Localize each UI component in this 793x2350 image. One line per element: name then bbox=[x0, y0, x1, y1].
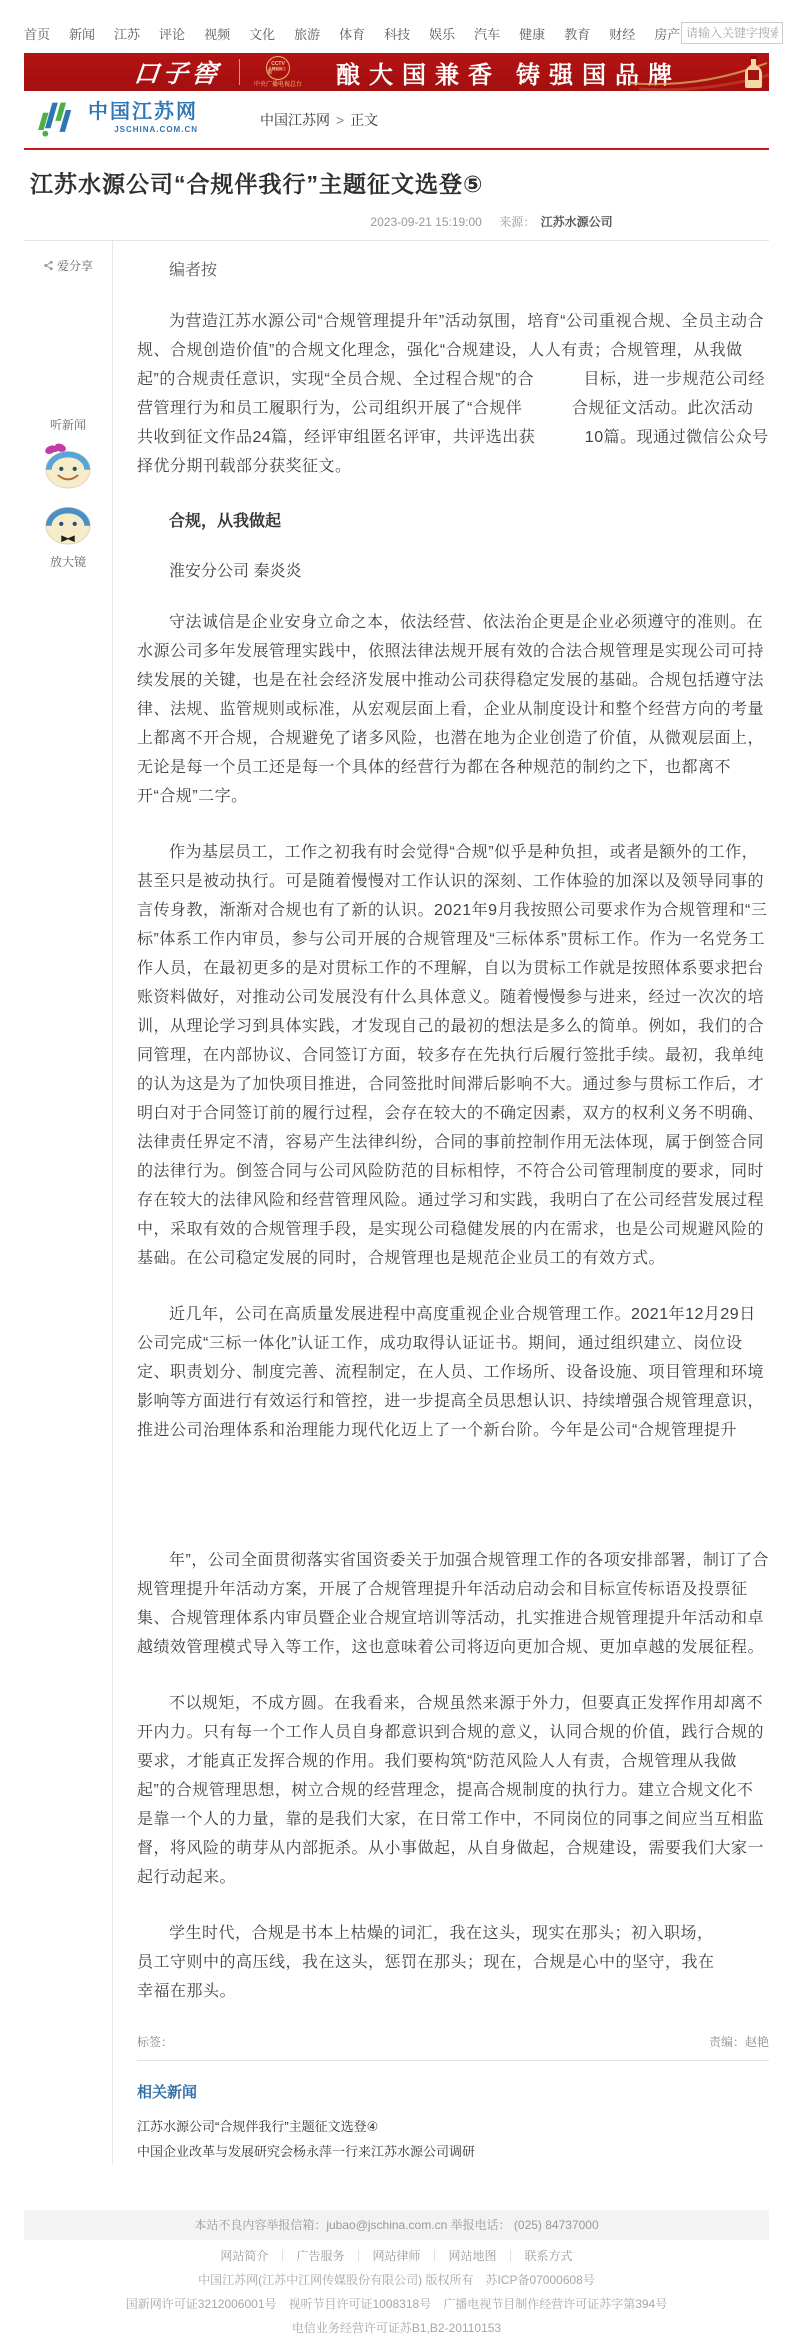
footer-link[interactable]: 广告服务 bbox=[296, 2249, 372, 2263]
top-nav-link[interactable]: 财经 bbox=[609, 24, 635, 43]
badge-caption: 中央广播电视总台 bbox=[254, 82, 302, 88]
essay-paragraph: 年”，公司全面贯彻落实省国资委关于加强合规管理工作的各项安排部署，制订了合规管理… bbox=[137, 1546, 769, 1662]
top-nav-link[interactable]: 江苏 bbox=[114, 24, 140, 43]
footer-link[interactable]: 联系方式 bbox=[525, 2249, 573, 2263]
breadcrumb: 中国江苏网>正文 bbox=[260, 110, 378, 130]
search-input[interactable] bbox=[681, 22, 783, 44]
top-nav-link[interactable]: 房产 bbox=[654, 24, 680, 43]
listen-news-label[interactable]: 听新闻 bbox=[24, 416, 112, 433]
page: 首页新闻江苏评论视频文化旅游体育科技娱乐汽车健康教育财经房产ENGLISH 口子… bbox=[0, 0, 793, 2350]
article-body: 编者按 为营造江苏水源公司“合规管理提升年”活动氛围，培育“公司重视合规、全员主… bbox=[112, 241, 769, 2164]
essay-paragraph: 学生时代，合规是书本上枯燥的词汇，我在这头，现实在那头；初入职场， 员工守则中的… bbox=[137, 1919, 769, 2006]
top-nav-link[interactable]: 视频 bbox=[204, 24, 230, 43]
mascot-girl-icon[interactable] bbox=[41, 441, 95, 489]
footer-link[interactable]: 网站地图 bbox=[449, 2249, 525, 2263]
tag-editor-row: 标签： 责编：赵艳 bbox=[137, 2033, 769, 2050]
top-nav-link[interactable]: 文化 bbox=[249, 24, 275, 43]
site-domain: JSCHINA.COM.CN bbox=[114, 125, 198, 134]
site-logo[interactable]: 中国江苏网 JSCHINA.COM.CN bbox=[38, 101, 198, 139]
footer-link[interactable]: 网站简介 bbox=[220, 2249, 296, 2263]
footer-link[interactable]: 网站律师 bbox=[372, 2249, 448, 2263]
footer-report-line: 本站不良内容举报信箱：jubao@jschina.com.cn 举报电话： (0… bbox=[24, 2210, 769, 2240]
article-divider bbox=[137, 2060, 769, 2061]
magnifier-label[interactable]: 放大镜 bbox=[24, 553, 112, 570]
mascot-boy-icon[interactable] bbox=[41, 497, 95, 545]
essay-paragraph: 作为基层员工，工作之初我有时会觉得“合规”似乎是种负担，或者是额外的工作，甚至只… bbox=[137, 838, 769, 1273]
related-news: 相关新闻 江苏水源公司“合规伴我行”主题征文选登④中国企业改革与发展研究会杨永萍… bbox=[137, 2081, 769, 2164]
badge-program-label: 品牌强国工程 bbox=[268, 67, 288, 74]
source-label: 来源： bbox=[499, 215, 535, 229]
bottle-icon bbox=[629, 53, 769, 91]
essay-paragraphs-top: 守法诚信是企业安身立命之本，依法经营、依法治企更是企业必须遵守的准则。在水源公司… bbox=[137, 608, 769, 1445]
top-nav-link[interactable]: 体育 bbox=[339, 24, 365, 43]
share-label: 爱分享 bbox=[57, 257, 93, 274]
essay-title: 合规，从我做起 bbox=[137, 508, 769, 531]
top-nav-link[interactable]: 评论 bbox=[159, 24, 185, 43]
top-nav-link[interactable]: 新闻 bbox=[69, 24, 95, 43]
essay-paragraph: 守法诚信是企业安身立命之本，依法经营、依法治企更是企业必须遵守的准则。在水源公司… bbox=[137, 608, 769, 811]
banner-brand-logo: 口子窖 bbox=[132, 54, 223, 90]
top-nav-link[interactable]: 教育 bbox=[564, 24, 590, 43]
site-header: 中国江苏网 JSCHINA.COM.CN 中国江苏网>正文 bbox=[24, 91, 769, 148]
share-icon bbox=[43, 260, 54, 271]
top-nav-link[interactable]: 健康 bbox=[519, 24, 545, 43]
top-nav-link[interactable]: 汽车 bbox=[474, 24, 500, 43]
footer-links: 网站简介广告服务网站律师网站地图联系方式 bbox=[24, 2244, 769, 2268]
top-nav-link[interactable]: 首页 bbox=[24, 24, 50, 43]
breadcrumb-home-link[interactable]: 中国江苏网 bbox=[260, 112, 330, 128]
top-nav-link[interactable]: 娱乐 bbox=[429, 24, 455, 43]
tags-label: 标签： bbox=[137, 2033, 173, 2050]
top-nav-links: 首页新闻江苏评论视频文化旅游体育科技娱乐汽车健康教育财经房产ENGLISH bbox=[24, 24, 756, 43]
top-nav-link[interactable]: 科技 bbox=[384, 24, 410, 43]
site-logo-icon bbox=[38, 101, 80, 139]
related-news-list: 江苏水源公司“合规伴我行”主题征文选登④中国企业改革与发展研究会杨永萍一行来江苏… bbox=[137, 2114, 769, 2164]
top-nav: 首页新闻江苏评论视频文化旅游体育科技娱乐汽车健康教育财经房产ENGLISH bbox=[24, 0, 769, 53]
related-news-heading: 相关新闻 bbox=[137, 2081, 769, 2102]
related-news-link[interactable]: 中国企业改革与发展研究会杨永萍一行来江苏水源公司调研 bbox=[137, 2139, 769, 2164]
essay-paragraph: 不以规矩，不成方圆。在我看来，合规虽然来源于外力，但要真正发挥作用却离不开内力。… bbox=[137, 1689, 769, 1892]
top-nav-link[interactable]: 旅游 bbox=[294, 24, 320, 43]
editor-credit: 责编：赵艳 bbox=[709, 2033, 769, 2050]
essay-author: 淮安分公司 秦炎炎 bbox=[137, 558, 769, 581]
footer-licenses: 国新网许可证3212006001号 视听节目许可证1008318号 广播电视节目… bbox=[24, 2292, 769, 2316]
editor-note-text: 为营造江苏水源公司“合规管理提升年”活动氛围，培育“公司重视合规、全员主动合规、… bbox=[137, 307, 769, 481]
page-title: 江苏水源公司“合规伴我行”主题征文选登⑤ bbox=[30, 166, 769, 199]
publish-date: 2023-09-21 15:19:00 bbox=[370, 215, 481, 229]
share-widget[interactable]: 爱分享 bbox=[43, 257, 93, 274]
ad-banner[interactable]: 口子窖 CCTV 品牌强国工程 中央广播电视总台 酿大国兼香 铸强国品牌 bbox=[24, 53, 769, 91]
breadcrumb-separator: > bbox=[336, 112, 344, 128]
article-title-section: 江苏水源公司“合规伴我行”主题征文选登⑤ 2023-09-21 15:19:00… bbox=[24, 150, 769, 241]
source-name: 江苏水源公司 bbox=[541, 215, 613, 229]
left-tool-rail: 爱分享 听新闻 bbox=[24, 241, 112, 2164]
article-meta: 2023-09-21 15:19:00 来源： 江苏水源公司 bbox=[24, 213, 769, 230]
essay-paragraph: 近几年，公司在高质量发展进程中高度重视企业合规管理工作。2021年12月29日公… bbox=[137, 1300, 769, 1445]
site-footer: 本站不良内容举报信箱：jubao@jschina.com.cn 举报电话： (0… bbox=[24, 2210, 769, 2350]
main-area: 爱分享 听新闻 bbox=[24, 241, 769, 2164]
essay-paragraphs-bottom: 年”，公司全面贯彻落实省国资委关于加强合规管理工作的各项安排部署，制订了合规管理… bbox=[137, 1546, 769, 2006]
site-name: 中国江苏网 bbox=[88, 101, 198, 123]
breadcrumb-current: 正文 bbox=[350, 112, 378, 128]
footer-copyright: 中国江苏网(江苏中江网传媒股份有限公司) 版权所有 苏ICP备07000608号 bbox=[24, 2268, 769, 2292]
banner-divider bbox=[239, 59, 240, 85]
cctv-badge-icon: CCTV 品牌强国工程 中央广播电视总台 bbox=[254, 56, 302, 88]
missing-image-gap bbox=[137, 1472, 769, 1546]
related-news-link[interactable]: 江苏水源公司“合规伴我行”主题征文选登④ bbox=[137, 2114, 769, 2139]
footer-telecom-license: 电信业务经营许可证苏B1,B2-20110153 bbox=[24, 2316, 769, 2340]
editor-note-label: 编者按 bbox=[137, 257, 769, 280]
